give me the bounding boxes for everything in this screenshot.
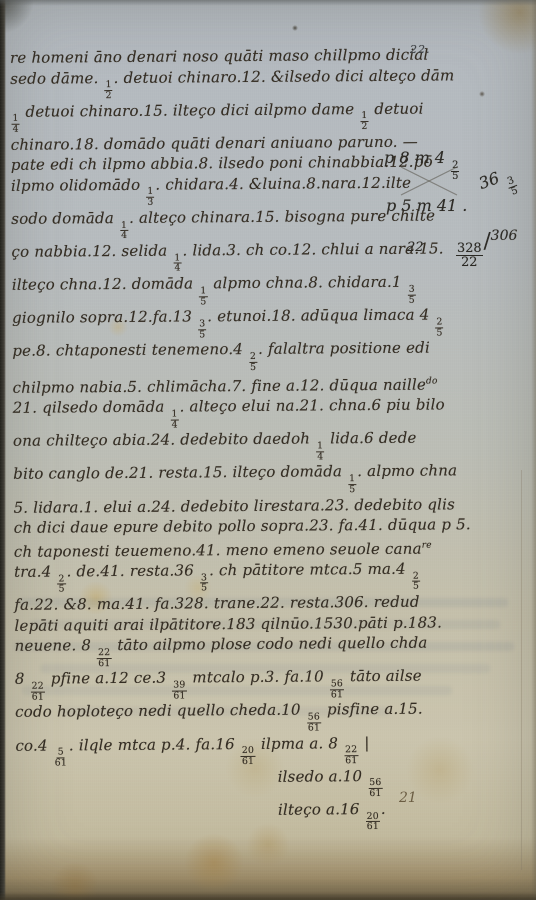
- division-result: 306: [491, 228, 518, 244]
- page-number: 21: [399, 790, 417, 806]
- fraction: 12: [105, 80, 113, 101]
- fraction: 14: [11, 114, 19, 135]
- manuscript-line: 14 detuoi chinaro.15. ilteço dici ailpmo…: [10, 98, 470, 135]
- cross-multiplication-mark: [398, 164, 460, 198]
- fraction: 3961: [172, 680, 186, 701]
- division-bar: /: [484, 228, 491, 252]
- fraction: 12: [360, 111, 368, 132]
- fraction: 14: [170, 409, 178, 430]
- fraction: 2261: [31, 682, 45, 703]
- answers-block: ilsedo a.10 5661ilteço a.16 2061.: [278, 765, 477, 833]
- fraction: 35: [200, 573, 208, 594]
- page-edge-top: [0, 0, 536, 6]
- page-edge-bottom: [0, 892, 536, 900]
- margin-note-division: 32822/306: [455, 228, 517, 270]
- manuscript-line: ona chilteço abia.24. dedebito daedoh 14…: [13, 427, 473, 464]
- fraction: 2061: [366, 811, 380, 832]
- manuscript-line: pe.8. chtaponesti tenemeno.4 25. falaltr…: [12, 338, 472, 375]
- division-fraction: 32822: [455, 228, 484, 244]
- manuscript-page: re homeni āno denari noso quāti maso chi…: [0, 0, 536, 900]
- answer-line: ilsedo a.10 5661: [278, 765, 476, 800]
- manuscript-line: 21. qilsedo domāda 14. alteço elui na.21…: [13, 394, 473, 431]
- manuscript-line: ço nabbia.12. selida 14. lida.3. ch co.1…: [11, 238, 471, 275]
- fraction: 5661: [307, 713, 321, 734]
- manuscript-line: neuene. 8 2261 tāto ailpmo plose codo ne…: [15, 632, 475, 669]
- fraction: 14: [120, 220, 128, 241]
- manuscript-line: codo hoploteço nedi quello cheda.10 5661…: [15, 699, 475, 736]
- fraction: 5661: [368, 778, 382, 799]
- manuscript-line: sedo dāme. 12. detuoi chinaro.12. &ilsed…: [10, 65, 470, 102]
- manuscript-line: giognilo sopra.12.fa.13 35. etunoi.18. a…: [12, 305, 472, 342]
- fraction: 35: [198, 319, 206, 340]
- margin-note-22: 22: [407, 240, 424, 255]
- manuscript-line: co.4 561. ilqle mtca p.4. fa.16 2061 ilp…: [15, 732, 475, 769]
- fraction: 32822: [456, 242, 483, 270]
- fraction: 15: [348, 474, 356, 495]
- fraction: 25: [412, 571, 420, 592]
- page-edge-right: [531, 0, 536, 900]
- fraction: 2261: [344, 745, 358, 766]
- fraction: 13: [146, 187, 154, 208]
- fraction: 561: [54, 748, 68, 769]
- fraction: 5661: [330, 679, 344, 700]
- fraction: 14: [173, 253, 181, 274]
- answer-line: ilteço a.16 2061.: [278, 798, 476, 833]
- manuscript-line: re homeni āno denari noso quāti maso chi…: [10, 44, 470, 68]
- fraction: 25: [57, 574, 65, 595]
- paper-crease: [521, 470, 522, 870]
- page-edge-left: [0, 0, 6, 900]
- manuscript-line: bito canglo de.21. resta.15. ilteço domā…: [13, 461, 473, 498]
- folio-number: 22.: [410, 43, 431, 56]
- fraction: 2061: [241, 746, 255, 767]
- fraction: 15: [199, 286, 207, 307]
- fraction: 14: [316, 441, 324, 462]
- fraction: 35: [408, 284, 416, 305]
- fraction: 25: [249, 352, 257, 373]
- margin-note-36: 36 35: [476, 163, 521, 208]
- fraction: 2261: [97, 648, 111, 669]
- fraction: 25: [435, 317, 443, 338]
- manuscript-line: tra.4 25. de.41. resta.36 35. ch pātitor…: [14, 558, 474, 595]
- manuscript-line: 8 2261 pfine a.12 ce.3 3961 mtcalo p.3. …: [15, 666, 475, 703]
- manuscript-line: ilteço chna.12. domāda 15 alpmo chna.8. …: [12, 271, 472, 308]
- margin-note-p5: p 5 m 41 .: [386, 196, 467, 215]
- fraction: 35: [505, 175, 520, 198]
